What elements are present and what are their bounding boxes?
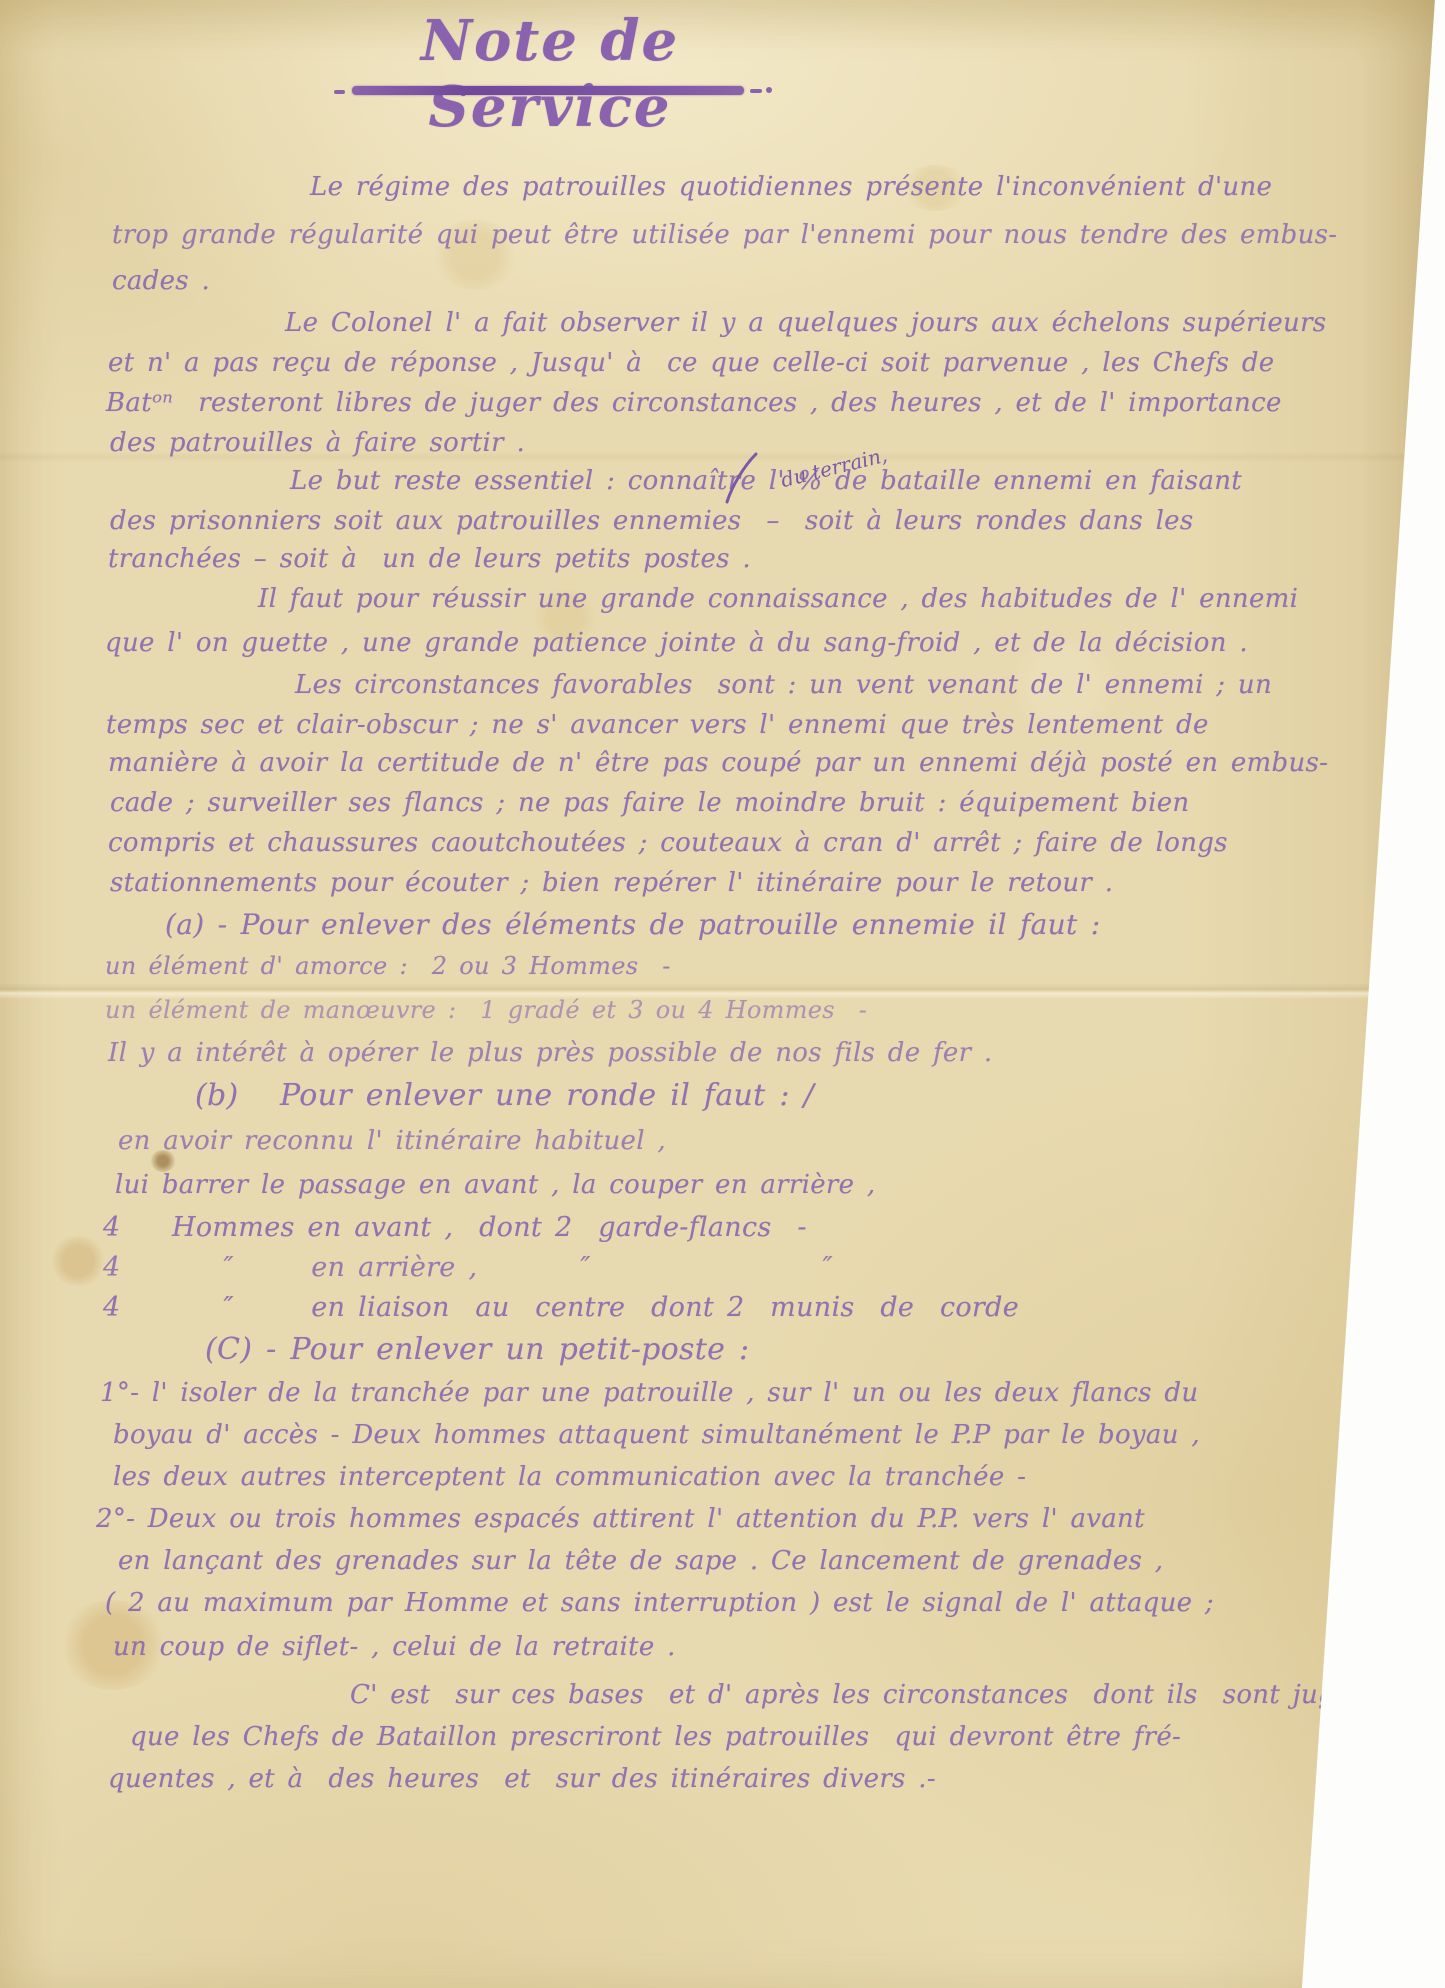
handwritten-line: C' est sur ces bases et d' après les cir… — [350, 1680, 1364, 1710]
handwritten-line: Les circonstances favorables sont : un v… — [295, 670, 1272, 700]
handwritten-line: (C) - Pour enlever un petit-poste : — [205, 1332, 749, 1367]
paper-sheet: Note de Service Le régime des patrouille… — [0, 0, 1445, 1988]
handwritten-line: un élément d' amorce : 2 ou 3 Hommes - — [105, 952, 671, 980]
title-underline — [352, 86, 744, 95]
inserted-word-text: du terrain, — [778, 443, 889, 493]
handwritten-line: Il faut pour réussir une grande connaiss… — [258, 584, 1298, 614]
handwritten-line: lui barrer le passage en avant , la coup… — [115, 1170, 875, 1200]
handwritten-line: des patrouilles à faire sortir . — [110, 428, 525, 458]
title-underline-dot — [766, 87, 772, 93]
handwritten-line: 4 ″ en liaison au centre dont 2 munis de… — [103, 1292, 1019, 1323]
handwritten-line: trop grande régularité qui peut être uti… — [112, 220, 1337, 250]
handwritten-line: que l' on guette , une grande patience j… — [105, 628, 1248, 658]
handwritten-line: des prisonniers soit aux patrouilles enn… — [110, 506, 1194, 536]
insertion-caret-icon — [724, 452, 758, 504]
scanned-document: Note de Service Le régime des patrouille… — [0, 0, 1445, 1988]
handwritten-line: Batᵒⁿ resteront libres de juger des circ… — [106, 388, 1282, 418]
handwritten-line: Il y a intérêt à opérer le plus près pos… — [108, 1038, 992, 1068]
handwritten-line: compris et chaussures caoutchoutées ; co… — [108, 828, 1228, 858]
handwritten-line: cade ; surveiller ses flancs ; ne pas fa… — [110, 788, 1189, 818]
title-underline-tick — [334, 90, 345, 94]
handwritten-line: 4 Hommes en avant , dont 2 garde-flancs … — [103, 1212, 807, 1243]
handwritten-line: Le Colonel l' a fait observer il y a que… — [285, 308, 1326, 338]
document-title: Note de Service — [300, 8, 800, 140]
handwritten-line: un élément de manœuvre : 1 gradé et 3 ou… — [105, 996, 867, 1024]
handwritten-line: en lançant des grenades sur la tête de s… — [118, 1546, 1163, 1576]
handwritten-line: (b) Pour enlever une ronde il faut : / — [195, 1078, 814, 1113]
handwritten-line: quentes , et à des heures et sur des iti… — [108, 1764, 936, 1794]
handwritten-line: tranchées – soit à un de leurs petits po… — [108, 544, 751, 574]
handwritten-line: stationnements pour écouter ; bien repér… — [110, 868, 1113, 898]
handwritten-line: un coup de siflet- , celui de la retrait… — [113, 1632, 676, 1662]
handwritten-line: ( 2 au maximum par Homme et sans interru… — [105, 1588, 1214, 1618]
handwritten-line: que les Chefs de Bataillon prescriront l… — [130, 1722, 1181, 1752]
paper-stain — [48, 1236, 108, 1286]
handwritten-line: temps sec et clair-obscur ; ne s' avance… — [106, 710, 1209, 740]
handwritten-line: 1°- l' isoler de la tranchée par une pat… — [100, 1378, 1198, 1408]
handwritten-line: manière à avoir la certitude de n' être … — [108, 748, 1328, 778]
handwritten-line: (a) - Pour enlever des éléments de patro… — [165, 908, 1100, 941]
handwritten-line: en avoir reconnu l' itinéraire habituel … — [118, 1126, 666, 1156]
handwritten-line: Le régime des patrouilles quotidiennes p… — [310, 172, 1272, 202]
handwritten-line: 2°- Deux ou trois hommes espacés attiren… — [96, 1504, 1145, 1534]
title-underline-tick — [750, 89, 762, 93]
handwritten-line: cades . — [112, 266, 210, 296]
handwritten-line: et n' a pas reçu de réponse , Jusqu' à c… — [108, 348, 1274, 378]
handwritten-line: 4 ″ en arrière , ″ ″ — [103, 1252, 833, 1283]
handwritten-line: les deux autres interceptent la communic… — [113, 1462, 1026, 1492]
handwritten-line: boyau d' accès - Deux hommes attaquent s… — [113, 1420, 1200, 1450]
